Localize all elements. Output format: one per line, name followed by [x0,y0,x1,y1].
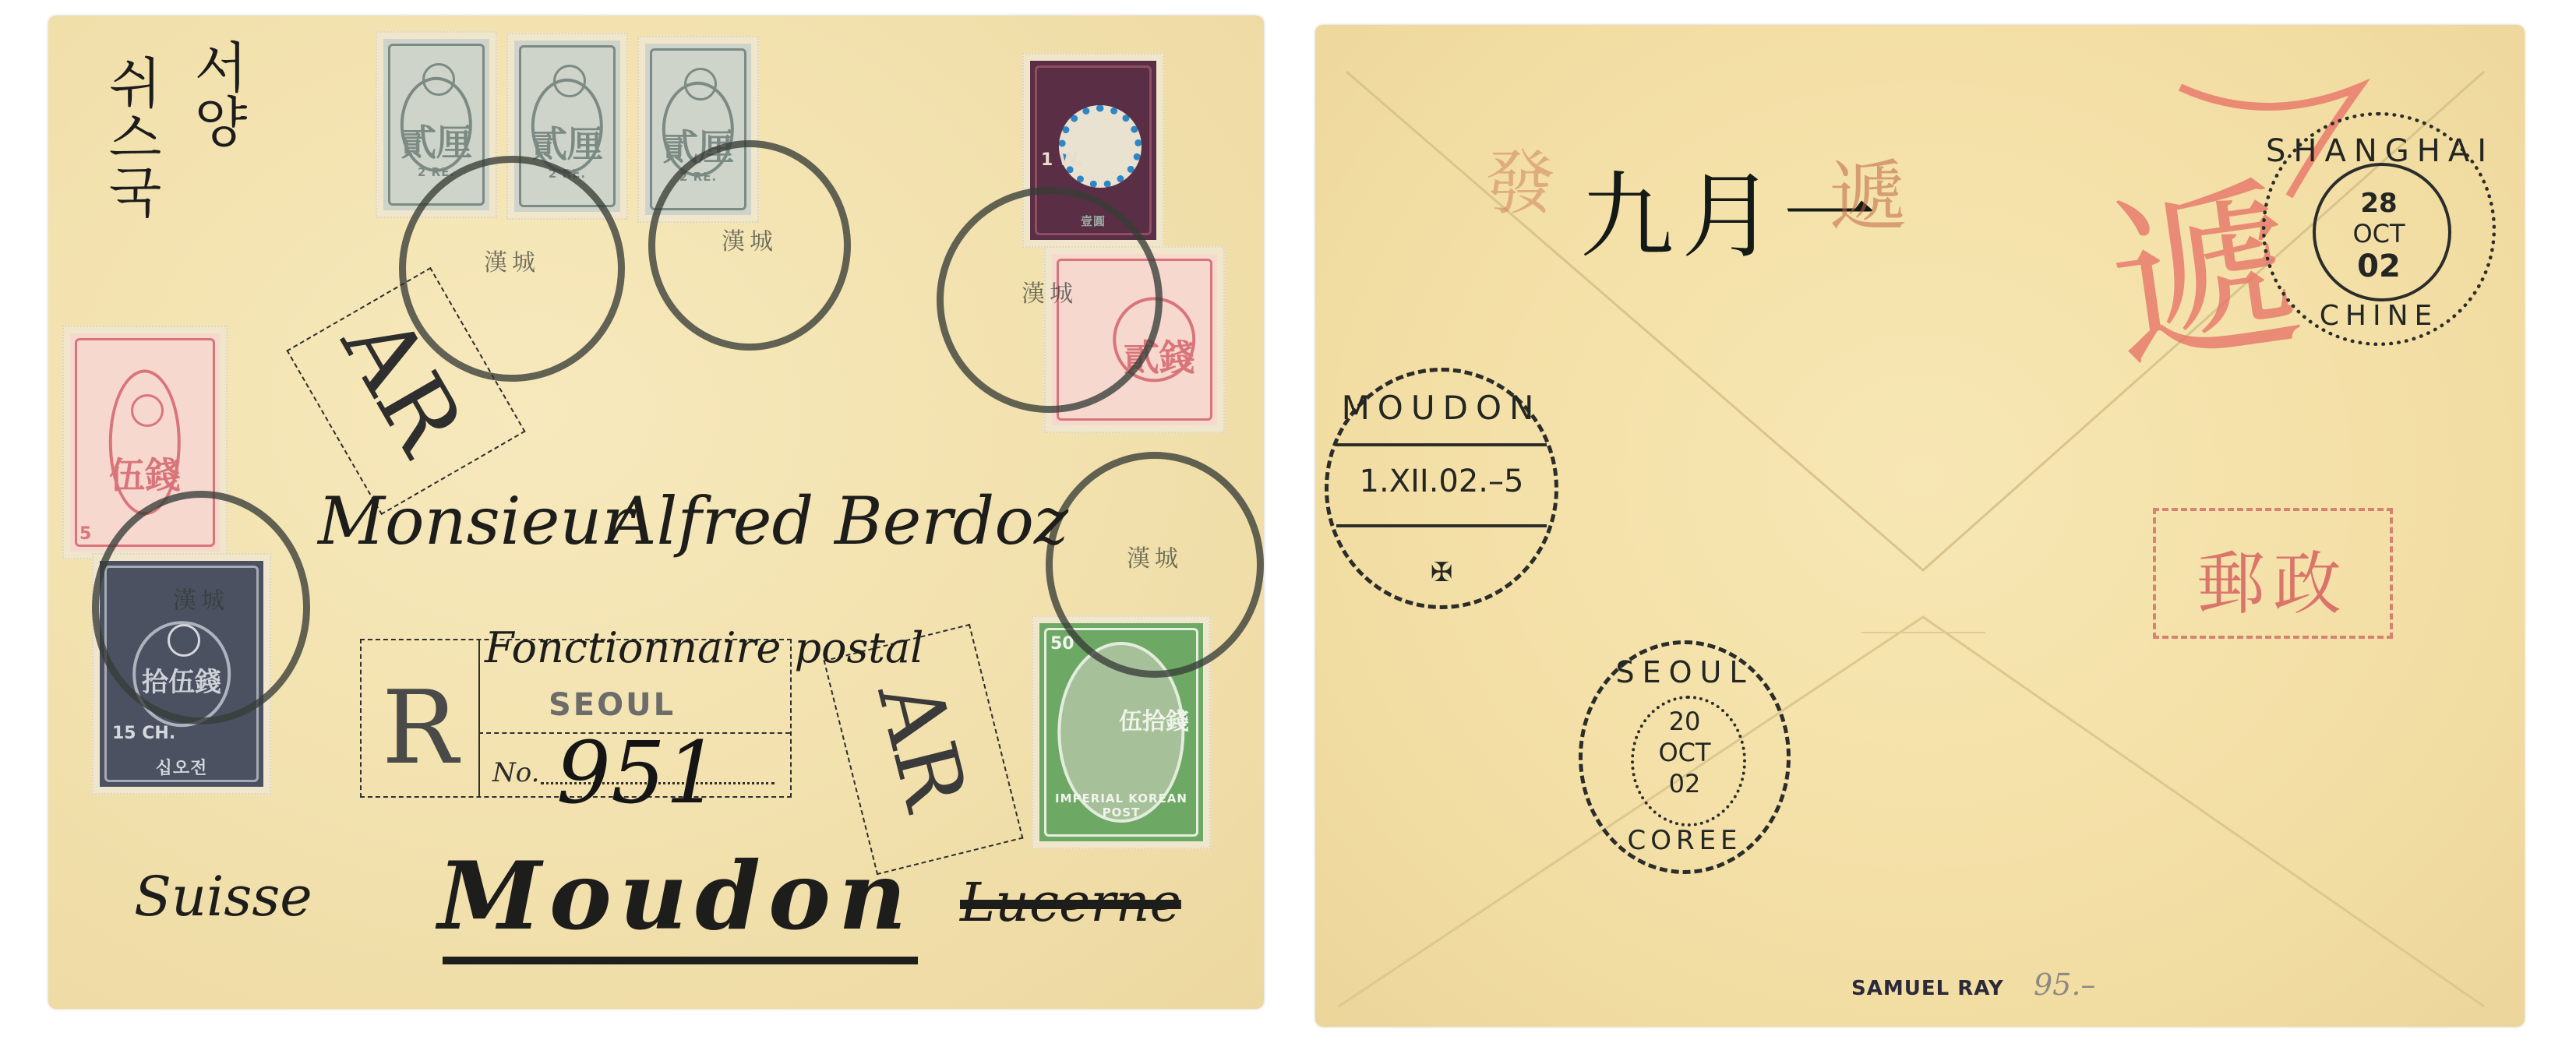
registration-number: 951 [556,723,720,823]
postmark-date: 1.XII.02.–5 [1329,464,1554,499]
korean-cancel-2: 漢城 [648,140,851,351]
address-city: Moudon [438,841,914,951]
red-chop-text: 郵政 [2156,530,2390,628]
handwritten-korean-right: 서양 [204,39,251,148]
address-salutation: Monsieur [318,483,633,559]
city-underline [443,957,918,964]
fonctionnaire-annotation: Fonctionnaire postal [485,623,923,672]
dealer-stamp: SAMUEL RAY [1851,977,2004,1000]
ar-text: AR [856,661,988,829]
faint-red-character-left: 發 [1485,126,1555,227]
cover-front: 서양 쉬스국 貳厘 2 RE. 貳厘 2 RE. 貳厘 2 RE. 1 W. 壹… [48,16,1264,1009]
pencil-price-note: 95.– [2034,968,2095,1002]
registration-letter: R [382,668,458,787]
postmark-moudon: MOUDON 1.XII.02.–5 ✠ [1325,368,1558,609]
postmark-month: OCT [2266,219,2492,249]
faint-red-character-right: 遞 [1830,134,1907,246]
cover-back: 發 九月一 遞 遞 SHANGHAI 28 OCT 02 CHINE MOUDO… [1315,25,2525,1027]
address-name: Alfred Berdoz [609,483,1068,559]
postmark-year: 02 [1583,769,1787,798]
swiss-cross-icon: ✠ [1329,557,1554,588]
address-country: Suisse [134,865,312,929]
postmark-country: COREE [1583,825,1787,856]
taeguk-gear-icon [1059,105,1142,188]
postmark-day: 20 [1583,707,1787,736]
postmark-city: SEOUL [1583,655,1787,689]
postmark-city: SHANGHAI [2266,133,2492,169]
postmark-month: OCT [1583,738,1787,767]
stamp-value: 伍拾錢 [1105,702,1203,736]
postmark-country: CHINE [2266,300,2492,332]
postmark-city: MOUDON [1329,389,1554,427]
stamp-denomination: 5 [79,524,91,544]
korean-cancel-4: 漢城 [1046,452,1264,678]
korean-cancel-3: 漢城 [937,187,1163,413]
handwritten-korean-left: 쉬스국 [118,55,165,218]
postmark-year: 02 [2266,249,2492,284]
postmark-shanghai: SHANGHAI 28 OCT 02 CHINE [2262,112,2496,346]
registration-office: SEOUL [549,687,676,723]
korean-cancel-5: 漢城 [92,491,310,724]
stamp-denomination: 1 W. [1041,150,1083,170]
stamp-value: 貳厘 [383,115,489,166]
stamp-korean-text: 십오전 [100,755,263,779]
postmark-day: 28 [2266,188,2492,219]
registration-number-prefix: No. [492,757,539,788]
stamp-legend: IMPERIAL KOREAN POST [1039,791,1203,820]
struck-city: Lucerne [960,872,1181,934]
red-chop-box: 郵政 [2153,508,2393,639]
postmark-seoul: SEOUL 20 OCT 02 COREE [1579,640,1791,874]
stamp-denomination: 15 CH. [112,724,175,743]
